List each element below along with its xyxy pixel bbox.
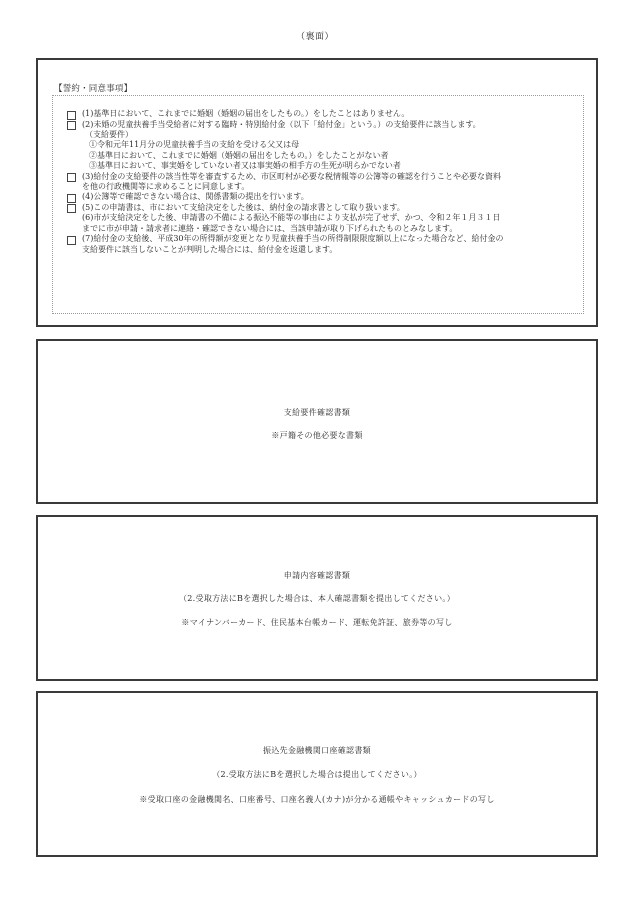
agreement-item-1: (1)基準日において、これまでに婚姻（婚姻の届出をしたもの。）をしたことはありま… [67, 109, 587, 120]
agreement-item-5: (5)この申請書は、市において支給決定をした後は、納付金の請求書として取り扱いま… [67, 203, 587, 214]
agreement-item-5-line-1: (5)この申請書は、市において支給決定をした後は、納付金の請求書として取り扱いま… [82, 203, 587, 213]
agreement-item-6: (6)市が支給決定をした後、申請書の不備による振込不能等の事由により支払が完了せ… [67, 213, 587, 234]
agreement-item-3-line-2: を他の行政機関等に求めることに同意します。 [82, 182, 587, 192]
application-documents-detail: ※マイナンバーカード、住民基本台帳カード、運転免許証、旅券等の写し [38, 617, 596, 628]
requirements-heading: （支給要件） [82, 130, 587, 140]
bank-account-documents-detail: ※受取口座の金融機関名、口座番号、口座名義人(カナ)が分かる通帳やキャッシュカー… [38, 794, 596, 805]
bank-account-documents-section: 振込先金融機関口座確認書類 （2.受取方法にBを選択した場合は提出してください。… [36, 691, 598, 857]
agreement-item-7-line-1: (7)給付金の支給後、平成30年の所得額が変更となり児童扶養手当の所得制限限度額… [82, 234, 587, 244]
bank-account-documents-note: （2.受取方法にBを選択した場合は提出してください。） [38, 769, 596, 780]
agreement-item-2: (2)未婚の児童扶養手当受給者に対する臨時・特別給付金（以下「給付金」という。）… [67, 120, 587, 172]
agreement-items: (1)基準日において、これまでに婚姻（婚姻の届出をしたもの。）をしたことはありま… [67, 109, 587, 255]
requirement-3: ③基準日において、事実婚をしていない者又は事実婚の相手方の生死が明らかでない者 [82, 161, 587, 171]
bank-account-documents-title: 振込先金融機関口座確認書類 [38, 745, 596, 756]
agreement-item-4-line-1: (4)公簿等で確認できない場合は、関係書類の提出を行います。 [82, 192, 587, 202]
agreement-item-2-line-1: (2)未婚の児童扶養手当受給者に対する臨時・特別給付金（以下「給付金」という。）… [82, 120, 587, 130]
agreement-item-6-line-1: (6)市が支給決定をした後、申請書の不備による振込不能等の事由により支払が完了せ… [82, 213, 587, 223]
agreement-checkbox-3[interactable] [67, 173, 76, 182]
agreement-item-3-line-1: (3)給付金の支給要件の該当性等を審査するため、市区町村が必要な税情報等の公簿等… [82, 172, 587, 182]
agreement-section: 【誓約・同意事項】 (1)基準日において、これまでに婚姻（婚姻の届出をしたもの。… [36, 58, 598, 327]
agreement-item-7-line-2: 支給要件に該当しないことが判明した場合には、給付金を返還します。 [82, 245, 587, 255]
eligibility-documents-detail: ※戸籍その他必要な書類 [38, 430, 596, 441]
requirement-2: ②基準日において、これまでに婚姻（婚姻の届出をしたもの。）をしたことがない者 [82, 151, 587, 161]
agreement-item-6-line-2: までに市が申請・請求者に連絡・確認できない場合には、当該申請が取り下げられたもの… [82, 224, 587, 234]
eligibility-documents-title: 支給要件確認書類 [38, 407, 596, 418]
agreement-item-7: (7)給付金の支給後、平成30年の所得額が変更となり児童扶養手当の所得制限限度額… [67, 234, 587, 255]
application-documents-note: （2.受取方法にBを選択した場合は、本人確認書類を提出してください。） [38, 593, 596, 604]
agreement-checkbox-1[interactable] [67, 111, 76, 120]
agreement-item-4: (4)公簿等で確認できない場合は、関係書類の提出を行います。 [67, 192, 587, 203]
agreement-item-1-line-1: (1)基準日において、これまでに婚姻（婚姻の届出をしたもの。）をしたことはありま… [82, 109, 587, 119]
agreement-items-frame: (1)基準日において、これまでに婚姻（婚姻の届出をしたもの。）をしたことはありま… [52, 95, 584, 314]
page-side-label: （裏面） [0, 29, 630, 42]
application-documents-section: 申請内容確認書類 （2.受取方法にBを選択した場合は、本人確認書類を提出してくだ… [36, 515, 598, 681]
eligibility-documents-section: 支給要件確認書類 ※戸籍その他必要な書類 [36, 339, 598, 504]
agreement-title: 【誓約・同意事項】 [54, 82, 132, 94]
agreement-checkbox-4[interactable] [67, 194, 76, 203]
agreement-checkbox-7[interactable] [67, 236, 76, 245]
agreement-item-3: (3)給付金の支給要件の該当性等を審査するため、市区町村が必要な税情報等の公簿等… [67, 172, 587, 193]
requirement-1: ①令和元年11月分の児童扶養手当の支給を受ける父又は母 [82, 140, 587, 150]
application-documents-title: 申請内容確認書類 [38, 570, 596, 581]
agreement-checkbox-2[interactable] [67, 121, 76, 130]
agreement-checkbox-5[interactable] [67, 204, 76, 213]
